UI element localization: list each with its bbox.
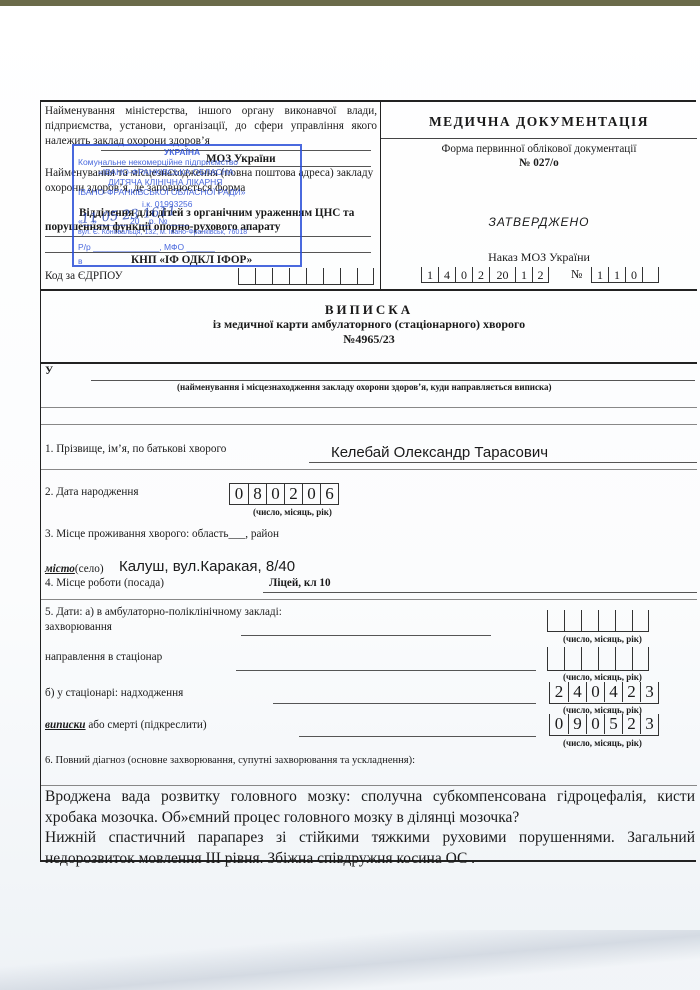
stamp-line: вул. Є. Коновальця, 132, м. Івано-Франкі… (78, 228, 247, 238)
discharge-date-boxes: 0 9 0 5 2 3 (549, 714, 659, 736)
discharge-label: або смерті (підкреслити) (86, 719, 207, 731)
edrpou-label: Код за ЄДРПОУ (45, 269, 123, 284)
work-label: 4. Місце роботи (посада) (45, 576, 164, 591)
stamp-line: ІВАНО-ФРАНКІВСЬКОЇ ОБЛАСНОЇ РАДИ» (78, 187, 246, 197)
edrpou-boxes (238, 268, 374, 285)
dob-digit: 2 (284, 484, 302, 504)
admission-underline[interactable] (273, 703, 536, 704)
recipient-caption: (найменування і місцезнаходження закладу… (177, 382, 552, 392)
discharge-date-digit: 0 (550, 714, 568, 734)
edrpou-digit (255, 268, 272, 285)
dob-digit: 0 (266, 484, 284, 504)
illness-underline[interactable] (241, 635, 491, 636)
order-date-digit: 0 (455, 267, 472, 283)
illness-date-digit (547, 610, 564, 632)
dob-caption: (число, місяць, рік) (253, 507, 332, 517)
form-label: Форма первинної облікової документації (381, 142, 697, 157)
illness-date-caption: (число, місяць, рік) (563, 634, 642, 644)
order-number-boxes: 1 1 0 (591, 267, 659, 283)
discharge-underline[interactable] (299, 736, 536, 737)
discharge-row: виписки або смерті (підкреслити) (45, 718, 207, 733)
dob-digit: 8 (248, 484, 266, 504)
patient-name-label: 1. Прізвище, ім’я, по батькові хворого (45, 442, 226, 457)
order-number-digit (642, 267, 659, 283)
order-number-digit: 0 (625, 267, 642, 283)
illness-date-boxes (547, 610, 649, 632)
diagnosis-text: Вроджена вада розвитку головного мозку: … (45, 787, 695, 869)
approved-label: ЗАТВЕРДЖЕНО (381, 215, 697, 230)
patient-name-underline (309, 462, 697, 463)
referral-date-digit (615, 647, 632, 671)
referral-date-digit (581, 647, 598, 671)
diagnosis-divider (41, 785, 697, 786)
stamp-line: ДИТЯЧА КЛІНІЧНА ЛІКАРНЯ (108, 177, 222, 187)
order-date-digit: 1 (421, 267, 438, 283)
referral-date-digit (564, 647, 581, 671)
medical-documentation-title: МЕДИЧНА ДОКУМЕНТАЦІЯ (381, 114, 697, 129)
order-number-sign: № (571, 267, 582, 282)
discharge-date-digit: 5 (604, 714, 622, 734)
diagnosis-paragraph-1: Вроджена вада розвитку головного мозку: … (45, 787, 695, 828)
dob-digit: 0 (230, 484, 248, 504)
discharge-date-digit: 3 (640, 714, 658, 734)
form-number: № 027/о (381, 156, 697, 171)
illness-date-digit (615, 610, 632, 632)
illness-label: захворювання (45, 620, 112, 635)
address-value: Калуш, вул.Каракая, 8/40 (119, 558, 295, 576)
village-option: (село) (75, 563, 104, 575)
discharge-date-digit: 9 (568, 714, 586, 734)
referral-underline[interactable] (236, 670, 536, 671)
order-date-digit: 2 (472, 267, 489, 283)
stamp-line: Р/р ______________, МФО ______ (78, 242, 215, 252)
diagnosis-paragraph-2: Нижній спастичний парапарез зі стійкими … (45, 828, 695, 869)
referral-label: направлення в стаціонар (45, 650, 162, 665)
recipient-line-2[interactable] (41, 407, 697, 408)
edrpou-digit (289, 268, 306, 285)
dob-digit: 6 (320, 484, 338, 504)
header-right-panel: МЕДИЧНА ДОКУМЕНТАЦІЯ Форма первинної обл… (381, 102, 697, 289)
illness-date-digit (581, 610, 598, 632)
order-date-boxes: 1 4 0 2 20 1 2 (421, 267, 549, 283)
edrpou-digit (272, 268, 289, 285)
admission-date-digit: 4 (568, 682, 586, 702)
edrpou-digit (323, 268, 340, 285)
discharge-option-underlined: виписки (45, 719, 86, 731)
ministry-label: Найменування міністерства, іншого органу… (45, 104, 377, 149)
residence-city-row: місто(село) (45, 562, 104, 577)
stamp-line: «ІВАНО-ФРАНКІВСЬКА ОБЛАСНА (98, 167, 234, 177)
referral-date-boxes (547, 647, 649, 671)
referral-date-digit (598, 647, 615, 671)
dob-label: 2. Дата народження (45, 485, 138, 500)
recipient-line[interactable] (91, 380, 695, 381)
form-frame: Найменування міністерства, іншого органу… (40, 100, 696, 862)
admission-label: б) у стаціонарі: надходження (45, 686, 183, 701)
edrpou-digit (357, 268, 374, 285)
illness-date-digit (632, 610, 649, 632)
dob-digit: 0 (302, 484, 320, 504)
city-option-underlined: місто (45, 563, 75, 575)
title-divider (41, 362, 697, 364)
referral-date-digit (547, 647, 564, 671)
admission-date-digit: 0 (586, 682, 604, 702)
order-number-digit: 1 (591, 267, 608, 283)
header-left-panel: Найменування міністерства, іншого органу… (41, 102, 381, 289)
document-title: ВИПИСКА (41, 302, 697, 317)
work-value: Ліцей, кл 10 (269, 576, 331, 591)
order-label: Наказ МОЗ України (381, 250, 697, 265)
scan-edge (0, 0, 700, 6)
patient-name-value: Келебай Олександр Тарасович (331, 444, 548, 462)
recipient-line-3[interactable] (41, 424, 697, 425)
stamp-line: в (78, 256, 83, 266)
discharge-date-caption: (число, місяць, рік) (563, 738, 642, 748)
order-date-digit: 4 (438, 267, 455, 283)
admission-date-boxes: 2 4 0 4 2 3 (549, 682, 659, 704)
order-date-digit: 2 (532, 267, 549, 283)
referral-date-digit (632, 647, 649, 671)
work-underline (263, 592, 697, 593)
referral-date-caption: (число, місяць, рік) (563, 672, 642, 682)
order-number-digit: 1 (608, 267, 625, 283)
discharge-date-digit: 0 (586, 714, 604, 734)
order-date-digit: 20 (489, 267, 515, 283)
institution-stamp: УКРАЇНА Комунальне некомерційне підприєм… (72, 144, 302, 267)
section-divider (41, 469, 697, 470)
edrpou-digit (306, 268, 323, 285)
paper-wrinkle (0, 930, 700, 990)
header-right-divider (381, 138, 697, 139)
admission-date-digit: 2 (550, 682, 568, 702)
admission-date-digit: 2 (622, 682, 640, 702)
document-number: №4965/23 (41, 332, 697, 347)
dob-boxes: 0 8 0 2 0 6 (229, 483, 339, 505)
stamp-line: Комунальне некомерційне підприємство (78, 157, 238, 167)
admission-date-digit: 3 (640, 682, 658, 702)
residence-label: 3. Місце проживання хворого: область___,… (45, 527, 279, 542)
order-date-digit: 1 (515, 267, 532, 283)
illness-date-digit (564, 610, 581, 632)
edrpou-digit (238, 268, 255, 285)
dates-label: 5. Дати: а) в амбулаторно-поліклінічному… (45, 605, 282, 620)
recipient-label: У (45, 364, 53, 379)
header-divider (41, 289, 697, 291)
document-subtitle: із медичної карти амбулаторного (стаціон… (41, 317, 697, 332)
illness-date-digit (598, 610, 615, 632)
document-page: Найменування міністерства, іншого органу… (0, 0, 700, 990)
admission-date-digit: 4 (604, 682, 622, 702)
section-divider (41, 599, 697, 600)
stamp-line: УКРАЇНА (164, 147, 200, 157)
diagnosis-label: 6. Повний діагноз (основне захворювання,… (45, 753, 415, 768)
discharge-date-digit: 2 (622, 714, 640, 734)
edrpou-digit (340, 268, 357, 285)
